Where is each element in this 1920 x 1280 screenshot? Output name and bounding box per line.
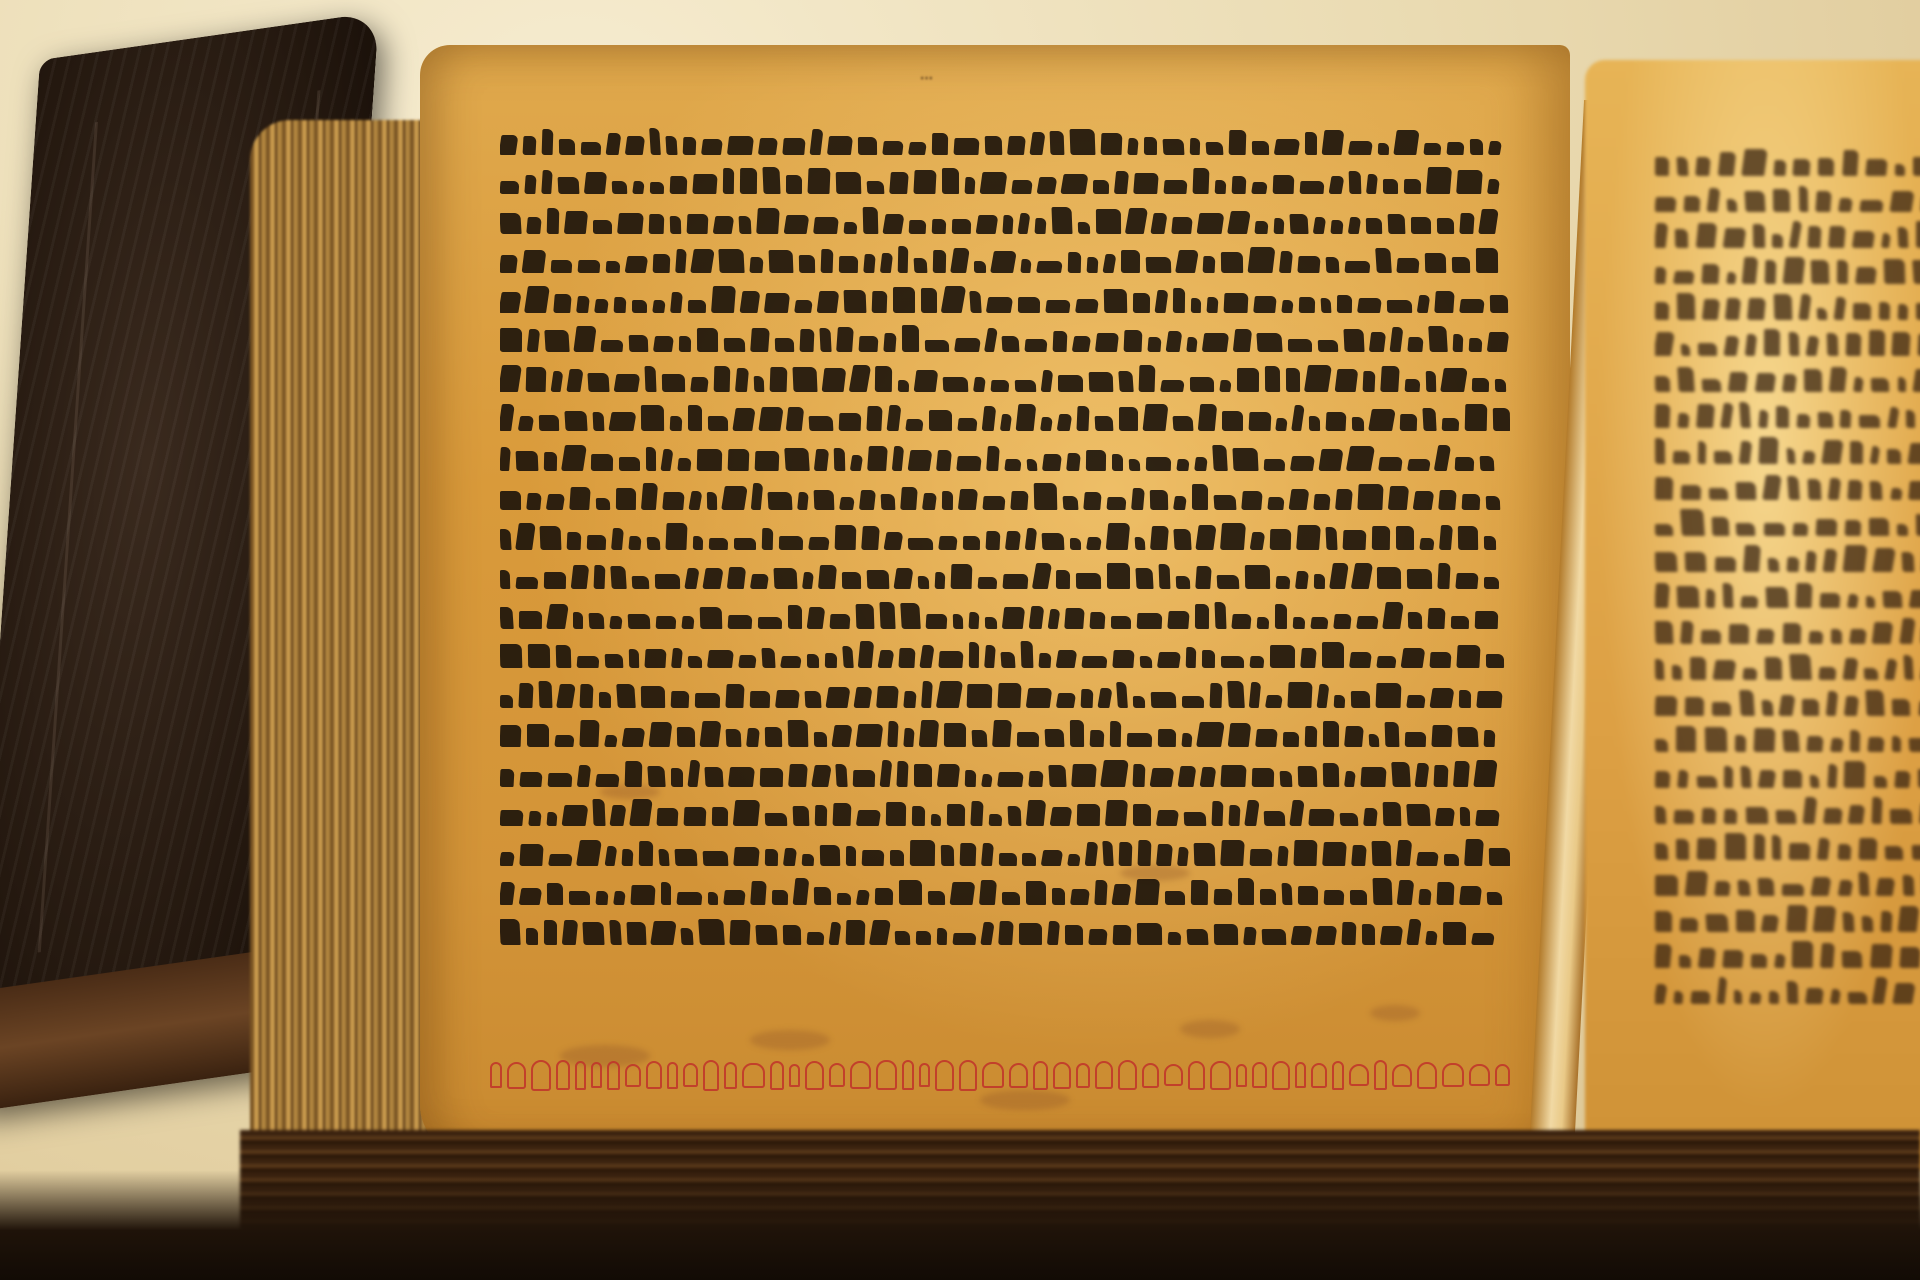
ink-glyph [1146, 257, 1172, 273]
ink-glyph [1417, 295, 1431, 313]
ink-glyph [1892, 332, 1912, 356]
right-manuscript-page [1585, 60, 1920, 1170]
ink-glyph [1380, 366, 1400, 392]
ink-glyph [599, 692, 611, 708]
ink-glyph [1257, 617, 1270, 629]
ink-glyph [1344, 726, 1364, 747]
ink-glyph [788, 720, 809, 747]
ink-glyph [821, 249, 834, 273]
ink-glyph [1425, 253, 1446, 273]
ink-glyph [863, 254, 876, 273]
red-ink-glyph [1495, 1064, 1510, 1086]
ink-glyph [919, 720, 940, 747]
ink-glyph [1190, 138, 1201, 155]
ink-glyph [1490, 295, 1508, 313]
ink-glyph [1701, 264, 1719, 284]
ink-glyph [750, 691, 771, 708]
ink-glyph [526, 493, 542, 510]
script-line [1655, 464, 1920, 500]
ink-glyph [1076, 406, 1089, 431]
ink-glyph [1655, 771, 1671, 788]
ink-glyph [562, 920, 579, 945]
ink-glyph [1680, 918, 1699, 932]
ink-glyph [1845, 333, 1861, 356]
ink-glyph [500, 181, 519, 194]
red-ink-glyph [1210, 1061, 1231, 1090]
ink-glyph [831, 725, 852, 747]
ink-glyph [1916, 303, 1920, 320]
ink-glyph [1314, 574, 1325, 589]
ink-glyph [1884, 659, 1898, 680]
ink-glyph [898, 246, 909, 273]
ink-glyph [697, 449, 723, 471]
ink-glyph [1265, 695, 1283, 708]
ink-glyph [1702, 299, 1720, 320]
ink-glyph [886, 802, 906, 826]
ink-glyph [677, 458, 691, 471]
ink-glyph [1101, 133, 1123, 155]
ink-glyph [1887, 407, 1900, 428]
ink-glyph [801, 854, 814, 866]
ink-glyph [1810, 775, 1820, 788]
ink-glyph [1264, 459, 1286, 471]
ink-glyph [1154, 290, 1168, 313]
red-ink-glyph [850, 1061, 871, 1089]
ink-glyph [1870, 446, 1881, 464]
red-ink-glyph [724, 1062, 738, 1089]
ink-glyph [1690, 657, 1706, 680]
ink-glyph [1406, 919, 1422, 945]
script-line [500, 905, 1510, 945]
ink-glyph [1789, 654, 1812, 680]
ink-glyph [912, 806, 925, 826]
ink-glyph [1070, 889, 1090, 905]
script-line [500, 273, 1510, 313]
ink-glyph [1388, 486, 1409, 510]
ink-glyph [1849, 629, 1867, 644]
ink-glyph [817, 291, 840, 313]
ink-glyph [1487, 179, 1500, 194]
ink-glyph [1026, 881, 1046, 905]
ink-glyph [1227, 211, 1251, 234]
ink-glyph [958, 489, 978, 510]
ink-glyph [714, 366, 731, 392]
ink-glyph [858, 336, 878, 352]
ink-glyph [1701, 630, 1722, 644]
ink-glyph [758, 407, 783, 431]
ink-glyph [708, 892, 718, 905]
ink-glyph [954, 338, 981, 352]
red-ink-glyph [556, 1060, 570, 1090]
ink-glyph [1270, 645, 1295, 668]
ink-glyph [569, 487, 591, 510]
ink-glyph [1050, 131, 1065, 155]
ink-glyph [932, 219, 947, 234]
ink-glyph [551, 371, 564, 392]
ink-glyph [564, 411, 587, 431]
ink-glyph [684, 568, 700, 589]
ink-glyph [1476, 691, 1503, 708]
ink-glyph [1829, 367, 1848, 392]
ink-glyph [1680, 509, 1705, 536]
ink-glyph [895, 931, 911, 945]
ink-glyph [990, 251, 1017, 273]
ink-glyph [1163, 180, 1187, 194]
ink-glyph [1215, 180, 1227, 194]
ink-glyph [1083, 492, 1102, 510]
ink-glyph [728, 767, 755, 787]
ink-glyph [1908, 738, 1920, 752]
ink-glyph [913, 170, 936, 194]
ink-glyph [1725, 298, 1741, 320]
ink-glyph [500, 404, 515, 431]
ink-glyph [1676, 726, 1697, 752]
ink-glyph [1758, 878, 1775, 896]
ink-glyph [1727, 199, 1738, 212]
ink-glyph [937, 928, 947, 945]
ink-glyph [1147, 337, 1161, 352]
ink-glyph [765, 813, 788, 826]
ink-glyph [584, 172, 607, 194]
ink-glyph [921, 288, 937, 313]
ink-glyph [990, 380, 1009, 392]
ink-glyph [1899, 618, 1915, 644]
ink-glyph [806, 932, 824, 945]
red-ink-glyph [982, 1062, 1003, 1088]
ink-glyph [1695, 157, 1711, 176]
ink-glyph [700, 607, 723, 629]
ink-glyph [1495, 379, 1506, 392]
ink-glyph [500, 882, 515, 905]
ink-glyph [1344, 261, 1370, 273]
ink-glyph [970, 801, 983, 826]
ink-glyph [1323, 763, 1339, 787]
ink-glyph [833, 803, 852, 826]
ink-glyph [1726, 272, 1736, 284]
ink-glyph [1696, 776, 1716, 788]
ink-glyph [1369, 734, 1380, 747]
ink-glyph [692, 174, 717, 194]
ink-glyph [956, 456, 982, 471]
ink-glyph [1184, 812, 1207, 826]
ink-glyph [1229, 130, 1247, 155]
ink-glyph [909, 840, 934, 866]
ink-glyph [1247, 247, 1275, 273]
ink-glyph [1316, 684, 1329, 708]
ink-glyph [1022, 853, 1036, 866]
red-ink-glyph [1095, 1061, 1113, 1089]
ink-glyph [1088, 929, 1107, 945]
ink-glyph [858, 137, 877, 155]
ink-glyph [764, 293, 790, 313]
ink-glyph [1676, 839, 1689, 860]
ink-glyph [679, 336, 691, 352]
script-line [500, 708, 1510, 748]
ink-glyph [1484, 730, 1496, 747]
ink-glyph [938, 536, 958, 550]
ink-glyph [1038, 653, 1051, 668]
ink-glyph [625, 256, 649, 273]
ink-glyph [1212, 801, 1224, 826]
ink-glyph [1713, 660, 1737, 680]
ink-glyph [1792, 941, 1814, 968]
ink-glyph [1655, 223, 1669, 248]
ink-glyph [1228, 723, 1252, 747]
ink-glyph [500, 447, 511, 471]
ink-glyph [544, 572, 566, 589]
ink-glyph [1298, 886, 1318, 905]
ink-glyph [892, 446, 904, 471]
ink-glyph [1349, 652, 1372, 668]
ink-glyph [518, 683, 533, 708]
ink-glyph [632, 576, 650, 589]
ink-glyph [581, 142, 602, 155]
ink-glyph [1473, 760, 1498, 787]
ink-glyph [1885, 846, 1904, 860]
ink-glyph [773, 568, 797, 589]
ink-glyph [1238, 878, 1254, 905]
ink-glyph [519, 888, 543, 905]
ink-glyph [883, 532, 903, 550]
ink-glyph [1870, 481, 1883, 500]
script-line [500, 826, 1510, 866]
ink-glyph [899, 880, 922, 905]
ink-glyph [1655, 404, 1670, 428]
ink-glyph [1068, 252, 1082, 273]
ink-glyph [1680, 621, 1694, 644]
ink-glyph [1309, 416, 1320, 431]
ink-glyph [893, 568, 913, 589]
ink-glyph [967, 684, 993, 708]
ink-glyph [723, 890, 746, 905]
ink-glyph [1400, 414, 1418, 431]
ink-glyph [1015, 380, 1037, 392]
ink-glyph [1341, 922, 1356, 945]
ink-glyph [1150, 490, 1168, 510]
ink-glyph [780, 656, 802, 668]
ink-glyph [656, 616, 677, 629]
ink-glyph [1844, 696, 1860, 716]
ink-glyph [1348, 141, 1373, 155]
ink-glyph [1704, 727, 1727, 752]
ink-glyph [617, 213, 644, 234]
ink-glyph [675, 249, 687, 273]
ink-glyph [1090, 730, 1105, 747]
ink-glyph [1786, 557, 1799, 572]
red-ink-glyph [1252, 1062, 1266, 1088]
ink-glyph [772, 890, 788, 905]
ink-glyph [1782, 257, 1804, 284]
ink-glyph [1782, 884, 1805, 896]
ink-glyph [836, 327, 854, 352]
ink-glyph [604, 846, 617, 866]
red-ink-glyph [667, 1062, 678, 1089]
ink-glyph [1300, 648, 1317, 668]
ink-glyph [519, 611, 542, 629]
red-rubric-line [490, 1055, 1510, 1095]
ink-glyph [1845, 520, 1862, 536]
ink-glyph [1803, 797, 1817, 824]
ink-glyph [518, 416, 535, 431]
ink-glyph [1127, 733, 1153, 747]
ink-glyph [1782, 374, 1797, 392]
ink-glyph [739, 216, 752, 234]
ink-glyph [1859, 872, 1870, 896]
ink-glyph [1792, 523, 1808, 536]
ink-glyph [1094, 880, 1107, 905]
ink-glyph [1489, 848, 1510, 866]
ink-glyph [1086, 537, 1102, 550]
ink-glyph [1407, 337, 1423, 352]
ink-glyph [1270, 529, 1292, 550]
ink-glyph [880, 760, 893, 787]
ink-glyph [500, 255, 518, 273]
ink-glyph [1478, 209, 1499, 234]
ink-glyph [1736, 910, 1755, 932]
ink-glyph [1874, 776, 1887, 788]
script-line [500, 510, 1510, 550]
ink-glyph [1868, 330, 1884, 356]
ink-glyph [1890, 488, 1902, 500]
ink-glyph [1193, 168, 1210, 194]
ink-glyph [1892, 736, 1901, 752]
ink-glyph [1002, 215, 1013, 234]
ink-glyph [629, 799, 653, 826]
ink-glyph [1322, 642, 1344, 668]
ink-glyph [1798, 186, 1808, 212]
ink-glyph [828, 922, 841, 945]
ink-glyph [1166, 331, 1183, 352]
ink-glyph [702, 851, 728, 866]
ink-glyph [1734, 990, 1742, 1004]
ink-glyph [1847, 992, 1866, 1004]
ink-glyph [1439, 525, 1453, 550]
ink-glyph [1106, 497, 1126, 510]
ink-glyph [1100, 760, 1129, 787]
ink-glyph [1789, 332, 1800, 356]
ink-glyph [1859, 415, 1881, 428]
ink-glyph [1224, 293, 1249, 313]
ink-glyph [1838, 198, 1853, 212]
foreground-shadow [0, 1170, 1920, 1280]
ink-glyph [940, 845, 953, 866]
ink-glyph [1248, 412, 1271, 431]
ink-glyph [1837, 880, 1852, 896]
ink-glyph [1783, 770, 1802, 788]
ink-glyph [1740, 766, 1751, 788]
ink-glyph [1004, 459, 1022, 471]
ink-glyph [1853, 377, 1864, 392]
ink-glyph [1389, 327, 1403, 352]
ink-glyph [1163, 139, 1185, 155]
ink-glyph [1456, 645, 1480, 668]
red-ink-glyph [876, 1060, 897, 1090]
ink-glyph [655, 574, 680, 589]
ink-glyph [1276, 418, 1289, 431]
ink-glyph [1040, 417, 1053, 431]
ink-glyph [1745, 191, 1766, 212]
ink-glyph [1047, 921, 1060, 945]
ink-glyph [528, 644, 550, 668]
ink-glyph [998, 853, 1016, 866]
ink-glyph [1758, 410, 1769, 428]
ink-glyph [1008, 806, 1022, 826]
ink-glyph [1294, 840, 1318, 866]
ink-glyph [591, 454, 613, 471]
red-ink-glyph [1417, 1062, 1438, 1089]
ink-glyph [1433, 765, 1448, 787]
ink-glyph [1455, 573, 1478, 589]
ink-glyph [701, 139, 723, 155]
ink-glyph [1772, 835, 1781, 860]
ink-glyph [1843, 912, 1855, 932]
ink-glyph [905, 419, 924, 431]
ink-glyph [596, 498, 610, 510]
ink-glyph [842, 646, 854, 668]
ink-glyph [1787, 476, 1800, 500]
ink-glyph [797, 492, 809, 510]
ink-glyph [1377, 567, 1401, 589]
ink-glyph [1793, 159, 1811, 176]
ink-glyph [723, 168, 734, 194]
ink-glyph [1017, 732, 1039, 747]
ink-glyph [783, 925, 801, 945]
ink-glyph [1065, 925, 1083, 945]
ink-glyph [825, 653, 837, 668]
ink-glyph [896, 761, 908, 787]
ink-glyph [677, 727, 695, 747]
ink-glyph [980, 922, 994, 945]
ink-glyph [1017, 213, 1030, 234]
ink-glyph [738, 655, 757, 668]
ink-glyph [1366, 174, 1378, 194]
ink-glyph [1419, 538, 1435, 550]
ink-glyph [1221, 252, 1243, 273]
ink-glyph [953, 614, 963, 629]
ink-glyph [750, 328, 770, 352]
ink-glyph [1655, 659, 1664, 680]
ink-glyph [814, 732, 827, 747]
ink-glyph [822, 368, 847, 392]
ink-glyph [1805, 551, 1817, 572]
ink-glyph [1124, 330, 1143, 352]
ink-glyph [750, 574, 769, 589]
ink-glyph [1655, 157, 1670, 176]
ink-glyph [1879, 302, 1891, 320]
ink-glyph [1872, 622, 1894, 644]
ink-glyph [593, 220, 612, 234]
script-line [1655, 860, 1920, 896]
ink-glyph [1137, 613, 1163, 629]
script-line [1655, 500, 1920, 536]
ink-glyph [1469, 338, 1483, 352]
ink-glyph [1129, 459, 1140, 471]
ink-glyph [814, 887, 831, 905]
ink-glyph [842, 572, 861, 589]
ink-glyph [1186, 929, 1208, 945]
ink-glyph [1460, 807, 1470, 826]
ink-glyph [1135, 568, 1153, 589]
left-manuscript-page: ꞏꞏꞏ [420, 45, 1570, 1155]
ink-glyph [695, 693, 720, 708]
ink-glyph [616, 488, 636, 510]
ink-glyph [1876, 878, 1896, 896]
ink-glyph [1352, 417, 1364, 431]
ink-glyph [1756, 629, 1775, 644]
script-line [1655, 284, 1920, 320]
red-ink-glyph [703, 1060, 719, 1091]
ink-glyph [707, 492, 717, 510]
